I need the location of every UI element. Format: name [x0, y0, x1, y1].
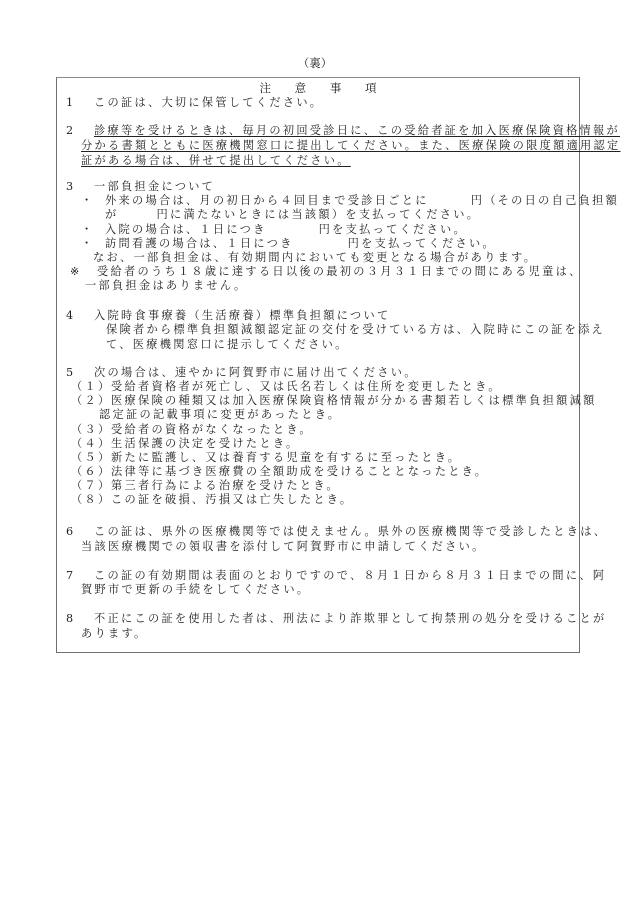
section-number: 1 [66, 96, 94, 110]
bullet-text: 円を支払ってください。 [348, 237, 496, 250]
asterisk-text: 受給者のうち１８歳に達する日以後の最初の３月３１日までの間にある児童は、 [97, 265, 583, 278]
notice-title: 注 意 事 項 [57, 81, 579, 95]
section-heading-text: 一部負担金について [94, 180, 215, 193]
section-text: 不正にこの証を使用した者は、刑法により詐欺罪として拘禁刑の処分を受けることが [94, 612, 607, 625]
list-item: （７）第三者行為による治療を受けたとき。 [71, 479, 340, 493]
section-heading: 5次の場合は、速やかに阿賀野市に届け出てください。 [66, 366, 418, 380]
bullet-outpatient-cont: が円に満たないときには当該額）を支払ってください。 [105, 208, 480, 222]
section-line: 当該医療機関での領収書を添付して阿賀野市に申請してください。 [81, 540, 486, 554]
section-line: 2診療等を受けるときは、毎月の初回受診日に、この受給者証を加入医療保険資格情報が [66, 124, 620, 138]
bullet-mark: ・ [81, 237, 105, 251]
list-item: （１）受給者資格者が死亡し、又は氏名若しくは住所を変更したとき。 [71, 380, 502, 394]
section-line: 分かる書類とともに医療機関窓口に提出してください。また、医療保険の限度額適用認定 [81, 139, 621, 153]
bullet-mark: ・ [81, 194, 105, 208]
list-item-text: 新たに監護し、又は養育する児童を有するに至ったとき。 [111, 451, 461, 464]
section-text: 分かる書類とともに医療機関窓口に提出してください。また、医療保険の限度額適用認定 [81, 139, 621, 152]
list-item-cont: 認定証の記載事項に変更があったとき。 [99, 408, 341, 422]
section-heading: 4入院時食事療養（生活療養）標準負担額について [66, 309, 391, 323]
section-text: この証は、大切に保管してください。 [94, 96, 323, 109]
list-item-text: 医療保険の種類又は加入医療保険資格情報が分かる書類若しくは標準負担額減額 [111, 394, 597, 407]
list-item-text: 受給者の資格がなくなったとき。 [111, 423, 313, 436]
section-text: この証は、県外の医療機関等では使えません。県外の医療機関等で受診したときは、 [94, 525, 607, 538]
section-line: 保険者から標準負担額減額認定証の交付を受けている方は、入院時にこの証を添え [106, 323, 605, 337]
list-item-text: 生活保護の決定を受けたとき。 [111, 437, 299, 450]
list-item-label: （６） [71, 465, 111, 479]
section-heading-text: 次の場合は、速やかに阿賀野市に届け出てください。 [94, 366, 418, 379]
list-item: （３）受給者の資格がなくなったとき。 [71, 423, 313, 437]
list-item: （２）医療保険の種類又は加入医療保険資格情報が分かる書類若しくは標準負担額減額 [71, 394, 597, 408]
section-note: なお、一部負担金は、有効期間内においても変更となる場合があります。 [93, 251, 537, 265]
bullet-text: 入院の場合は、１日につき [105, 223, 267, 236]
list-item-text: 第三者行為による治療を受けたとき。 [111, 479, 340, 492]
list-item-text: 受給者資格者が死亡し、又は氏名若しくは住所を変更したとき。 [111, 380, 502, 393]
asterisk-mark: ※ [70, 265, 97, 279]
list-item-text: この証を破損、汚損又は亡失したとき。 [111, 493, 353, 506]
section-text: 診療等を受けるときは、毎月の初回受診日に、この受給者証を加入医療保険資格情報が [94, 124, 620, 137]
list-item: （６）法律等に基づき医療費の全額助成を受けることとなったとき。 [71, 465, 488, 479]
section-heading-text: 入院時食事療養（生活療養）標準負担額について [94, 309, 391, 322]
section-line: 8不正にこの証を使用した者は、刑法により詐欺罪として拘禁刑の処分を受けることが [66, 612, 607, 626]
asterisk-note: ※受給者のうち１８歳に達する日以後の最初の３月３１日までの間にある児童は、 [70, 265, 583, 279]
section-line: あります。 [81, 627, 148, 641]
list-item-label: （２） [71, 394, 111, 408]
list-item-label: （４） [71, 437, 111, 451]
list-item: （８）この証を破損、汚損又は亡失したとき。 [71, 493, 353, 507]
section-number: 5 [66, 366, 94, 380]
bullet-text: 円に満たないときには当該額）を支払ってください。 [157, 208, 481, 221]
notice-box: 注 意 事 項 1この証は、大切に保管してください。 2診療等を受けるときは、毎… [56, 77, 580, 653]
section-heading: 3一部負担金について [66, 180, 215, 194]
section-number: 6 [66, 525, 94, 539]
section-text: この証の有効期間は表面のとおりですので、８月１日から８月３１日までの間に、阿 [94, 569, 606, 582]
bullet-inpatient: ・入院の場合は、１日につき円を支払ってください。 [81, 223, 467, 237]
bullet-text: 円を支払ってください。 [319, 223, 467, 236]
list-item-label: （５） [71, 451, 111, 465]
bullet-mark: ・ [81, 223, 105, 237]
asterisk-note-cont: 一部負担金はありません。 [85, 279, 248, 293]
list-item-text: 法律等に基づき医療費の全額助成を受けることとなったとき。 [111, 465, 488, 478]
section-number: 8 [66, 612, 94, 626]
section-number: 3 [66, 180, 94, 194]
section-text: 証がある場合は、併せて提出してください。 [81, 154, 351, 167]
section-number: 4 [66, 309, 94, 323]
list-item: （４）生活保護の決定を受けたとき。 [71, 437, 299, 451]
bullet-text: 訪問看護の場合は、１日につき [105, 237, 294, 250]
section-line: 証がある場合は、併せて提出してください。 [81, 154, 351, 168]
bullet-outpatient: ・外来の場合は、月の初日から４回目まで受診日ごとに円（その日の自己負担額 [81, 194, 619, 208]
bullet-text: 外来の場合は、月の初日から４回目まで受診日ごとに [105, 194, 429, 207]
section-number: 2 [66, 124, 94, 138]
list-item-label: （３） [71, 423, 111, 437]
page-side-label: （裏） [0, 56, 630, 70]
section-line: て、医療機関窓口に提示してください。 [106, 338, 349, 352]
section-line: 7この証の有効期間は表面のとおりですので、８月１日から８月３１日までの間に、阿 [66, 569, 606, 583]
bullet-text: 円（その日の自己負担額 [471, 194, 619, 207]
bullet-home-nursing: ・訪問看護の場合は、１日につき円を支払ってください。 [81, 237, 496, 251]
section-line: 6この証は、県外の医療機関等では使えません。県外の医療機関等で受診したときは、 [66, 525, 607, 539]
list-item-label: （７） [71, 479, 111, 493]
section-number: 7 [66, 569, 94, 583]
list-item-label: （８） [71, 493, 111, 507]
bullet-text: が [105, 208, 119, 221]
section-line: 1この証は、大切に保管してください。 [66, 96, 323, 110]
list-item: （５）新たに監護し、又は養育する児童を有するに至ったとき。 [71, 451, 461, 465]
section-line: 賀野市で更新の手続をしてください。 [81, 583, 310, 597]
list-item-label: （１） [71, 380, 111, 394]
